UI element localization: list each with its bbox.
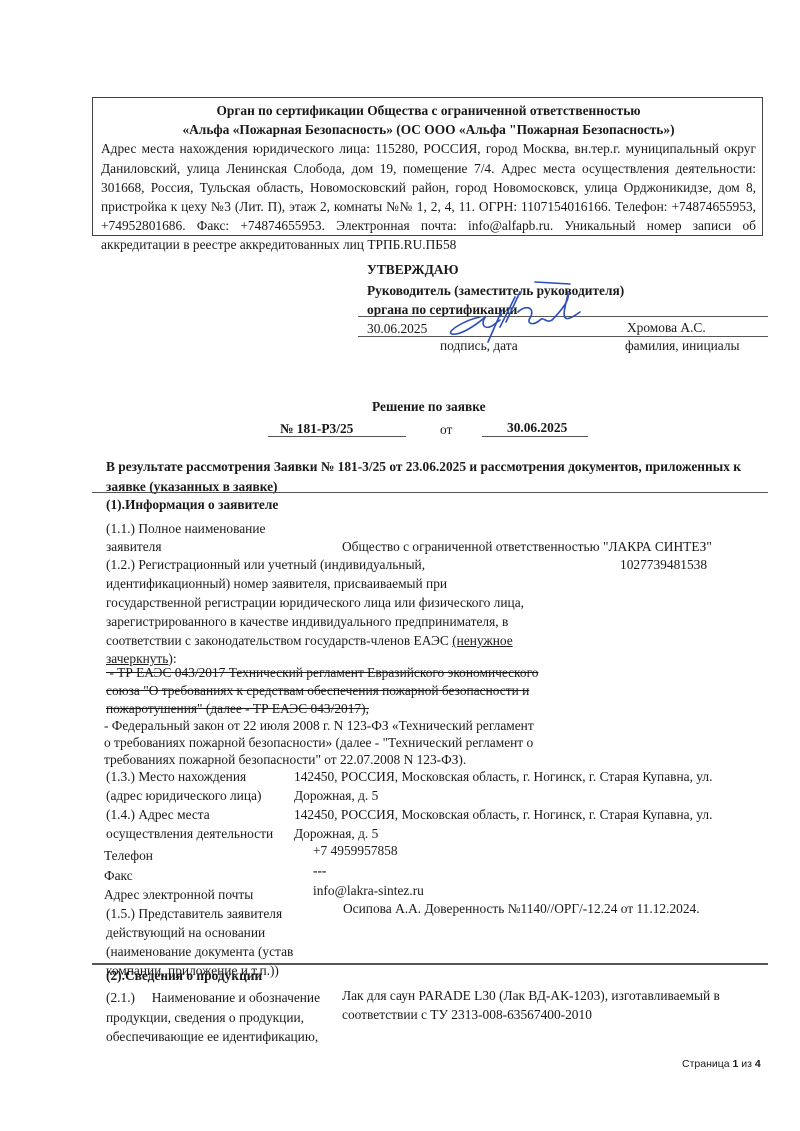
- header-title-line2: «Альфа «Пожарная Безопасность» (ОС ООО «…: [101, 120, 756, 139]
- item-1-2-label-line5-text: соответствии с законодательством государ…: [106, 633, 452, 648]
- item-1-1-label-line2: заявителя: [106, 537, 162, 556]
- item-2-1-label-line3: обеспечивающие ее идентификацию,: [106, 1027, 318, 1046]
- applicant-registration-number: 1027739481538: [620, 555, 707, 574]
- fax-label: Факс: [104, 866, 133, 885]
- header-title-line1: Орган по сертификации Общества с огранич…: [101, 101, 756, 120]
- applicant-full-name: Общество с ограниченной ответственностью…: [342, 537, 712, 556]
- page-total: 4: [755, 1058, 761, 1070]
- approval-heading: УТВЕРЖДАЮ: [367, 260, 459, 279]
- item-2-1-label-line1: (2.1.) Наименование и обозначение: [106, 988, 320, 1007]
- item-2-1-label-line2: продукции, сведения о продукции,: [106, 1008, 304, 1027]
- approval-role-line1: Руководитель (заместитель руководителя): [367, 281, 624, 300]
- fax-value: ---: [313, 861, 326, 880]
- decision-intro: В результате рассмотрения Заявки № 181-3…: [106, 457, 766, 496]
- product-name-line1: Лак для саун PARADE L30 (Лак ВД-АК-1203)…: [342, 986, 720, 1005]
- approval-name: Хромова А.С.: [627, 318, 706, 337]
- item-1-5-label-line3: (наименование документа (устав: [106, 942, 293, 961]
- decision-number-rule: [268, 436, 406, 437]
- item-1-3-label-line2: (адрес юридического лица): [106, 786, 261, 805]
- section1-heading: (1).Информация о заявителе: [106, 495, 278, 514]
- item-1-2-label-line1: (1.2.) Регистрационный или учетный (инди…: [106, 555, 425, 574]
- item-1-2-label-line4: зарегистрированного в качестве индивидуа…: [106, 612, 508, 631]
- approval-top-rule: [358, 316, 768, 317]
- phone-label: Телефон: [104, 846, 153, 865]
- page-prefix: Страница: [682, 1058, 733, 1070]
- decision-date-rule: [482, 436, 588, 437]
- strike-instruction-part1: (ненужное: [452, 633, 512, 648]
- item-1-2-label-line2: идентификационный) номер заявителя, прис…: [106, 574, 447, 593]
- decision-date: 30.06.2025: [507, 418, 567, 437]
- item-1-2-label-line3: государственной регистрации юридического…: [106, 593, 524, 612]
- item-1-1-label-line1: (1.1.) Полное наименование: [106, 519, 265, 538]
- caption-signature-date: подпись, дата: [440, 336, 518, 355]
- item-1-4-label-line1: (1.4.) Адрес места: [106, 805, 210, 824]
- legal-address-line1: 142450, РОССИЯ, Московская область, г. Н…: [294, 767, 712, 786]
- product-name-line2: соответствии с ТУ 2313-008-63567400-2010: [342, 1005, 592, 1024]
- decision-title: Решение по заявке: [372, 397, 486, 416]
- item-1-3-label-line1: (1.3.) Место нахождения: [106, 767, 246, 786]
- item-1-5-label-line2: действующий на основании: [106, 923, 265, 942]
- page-number: Страница 1 из 4: [682, 1058, 761, 1070]
- activity-address-line1: 142450, РОССИЯ, Московская область, г. Н…: [294, 805, 712, 824]
- representative-value: Осипова А.А. Доверенность №1140//ОРГ/-12…: [343, 899, 700, 918]
- struck-regulation-line2: союза "О требованиях к средствам обеспеч…: [106, 681, 529, 700]
- page-of: из: [738, 1058, 755, 1070]
- item-1-5-label-line1: (1.5.) Представитель заявителя: [106, 904, 282, 923]
- caption-name-initials: фамилия, инициалы: [625, 336, 740, 355]
- certification-body-header: Орган по сертификации Общества с огранич…: [92, 97, 763, 236]
- section2-heading: (2).Сведения о продукции: [106, 966, 262, 985]
- item-1-4-label-line2: осуществления деятельности: [106, 824, 273, 843]
- email-label: Адрес электронной почты: [104, 885, 253, 904]
- struck-regulation-line1: - ТР ЕАЭС 043/2017 Технический регламент…: [106, 663, 538, 682]
- legal-address-line2: Дорожная, д. 5: [294, 786, 378, 805]
- decision-from-label: от: [440, 420, 452, 439]
- phone-value: +7 4959957858: [313, 841, 398, 860]
- header-address-block: Адрес места нахождения юридического лица…: [101, 139, 756, 254]
- email-value: info@lakra-sintez.ru: [313, 881, 424, 900]
- section1-top-rule: [92, 492, 768, 493]
- item-1-2-label-line5: соответствии с законодательством государ…: [106, 631, 513, 650]
- section2-top-rule: [92, 963, 768, 965]
